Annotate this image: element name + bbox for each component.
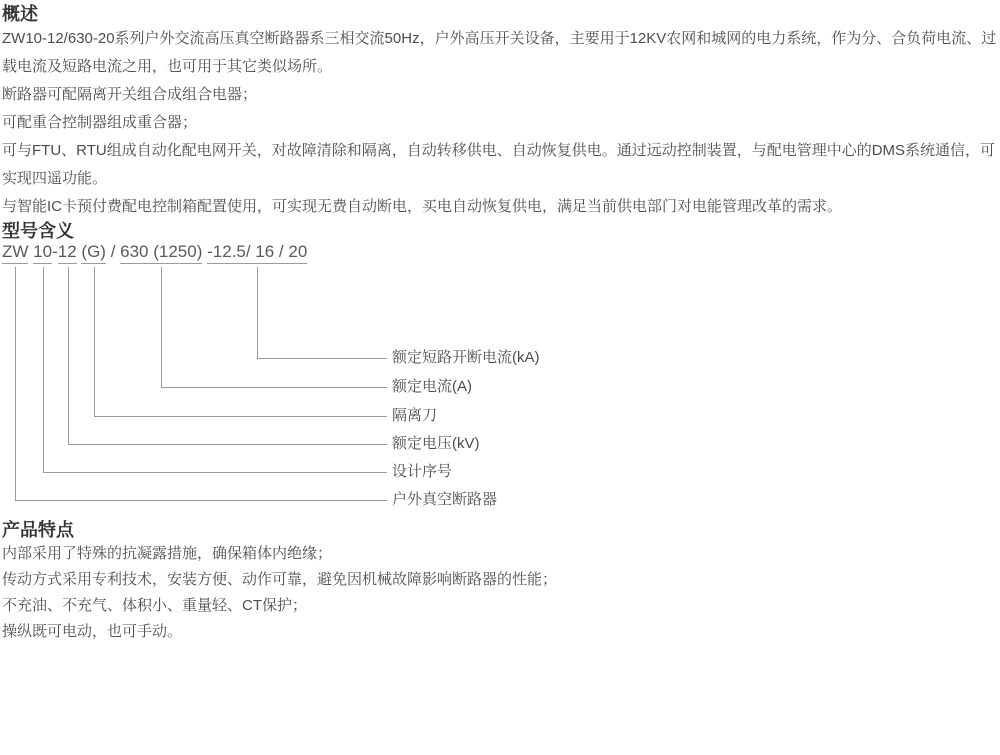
overview-paragraph: 断路器可配隔离开关组合成组合电器； (2, 81, 998, 109)
overview-paragraph: ZW10-12/630-20系列户外交流高压真空断路器系三相交流50Hz，户外高… (2, 25, 998, 81)
model-connector-hline (43, 472, 387, 473)
model-code-segment: -12.5/ 16 / 20 (207, 242, 307, 264)
overview-paragraph: 与智能IC卡预付费配电控制箱配置使用，可实现无费自动断电，买电自动恢复供电，满足… (2, 193, 998, 221)
model-connector-vline (94, 267, 95, 417)
model-connector-hline (68, 444, 387, 445)
model-code: ZW 10-12 (G) / 630 (1250) -12.5/ 16 / 20 (2, 242, 998, 262)
model-connector-vline (161, 267, 162, 388)
model-code-diagram: ZW 10-12 (G) / 630 (1250) -12.5/ 16 / 20… (2, 242, 998, 520)
feature-list: 内部采用了特殊的抗凝露措施，确保箱体内绝缘；传动方式采用专利技术，安装方便、动作… (2, 541, 998, 645)
feature-item: 内部采用了特殊的抗凝露措施，确保箱体内绝缘； (2, 541, 998, 567)
overview-paragraph: 可与FTU、RTU组成自动化配电网开关，对故障清除和隔离，自动转移供电、自动恢复… (2, 137, 998, 193)
model-code-segment: ZW (2, 242, 28, 264)
model-connector-vline (68, 267, 69, 445)
model-connector-hline (94, 416, 387, 417)
model-meaning-heading: 型号含义 (2, 221, 998, 242)
feature-item: 操纵既可电动，也可手动。 (2, 619, 998, 645)
model-label: 额定电流(A) (392, 377, 472, 397)
model-code-joiner: - (52, 242, 58, 261)
overview-paragraphs: ZW10-12/630-20系列户外交流高压真空断路器系三相交流50Hz，户外高… (2, 25, 998, 221)
feature-item: 不充油、不充气、体积小、重量轻、CT保护； (2, 593, 998, 619)
model-code-segment: 12 (58, 242, 77, 264)
features-heading: 产品特点 (2, 520, 998, 541)
feature-item: 传动方式采用专利技术，安装方便、动作可靠，避免因机械故障影响断路器的性能； (2, 567, 998, 593)
model-connector-vline (43, 267, 44, 473)
model-label: 额定短路开断电流(kA) (392, 348, 540, 368)
model-code-joiner: / (106, 242, 120, 261)
model-label: 设计序号 (392, 462, 452, 482)
overview-paragraph: 可配重合控制器组成重合器； (2, 109, 998, 137)
model-label: 户外真空断路器 (392, 490, 497, 510)
model-code-segment: 630 (1250) (120, 242, 202, 264)
model-code-segment: (G) (81, 242, 106, 264)
model-connector-vline (257, 267, 258, 359)
model-label: 额定电压(kV) (392, 434, 480, 454)
model-label: 隔离刀 (392, 406, 437, 426)
product-doc-page: 概述 ZW10-12/630-20系列户外交流高压真空断路器系三相交流50Hz，… (0, 0, 1000, 645)
model-code-segment: 10 (33, 242, 52, 264)
overview-heading: 概述 (2, 4, 998, 25)
model-connector-hline (161, 387, 387, 388)
model-connector-vline (15, 267, 16, 501)
model-connector-hline (15, 500, 387, 501)
model-connector-hline (257, 358, 387, 359)
